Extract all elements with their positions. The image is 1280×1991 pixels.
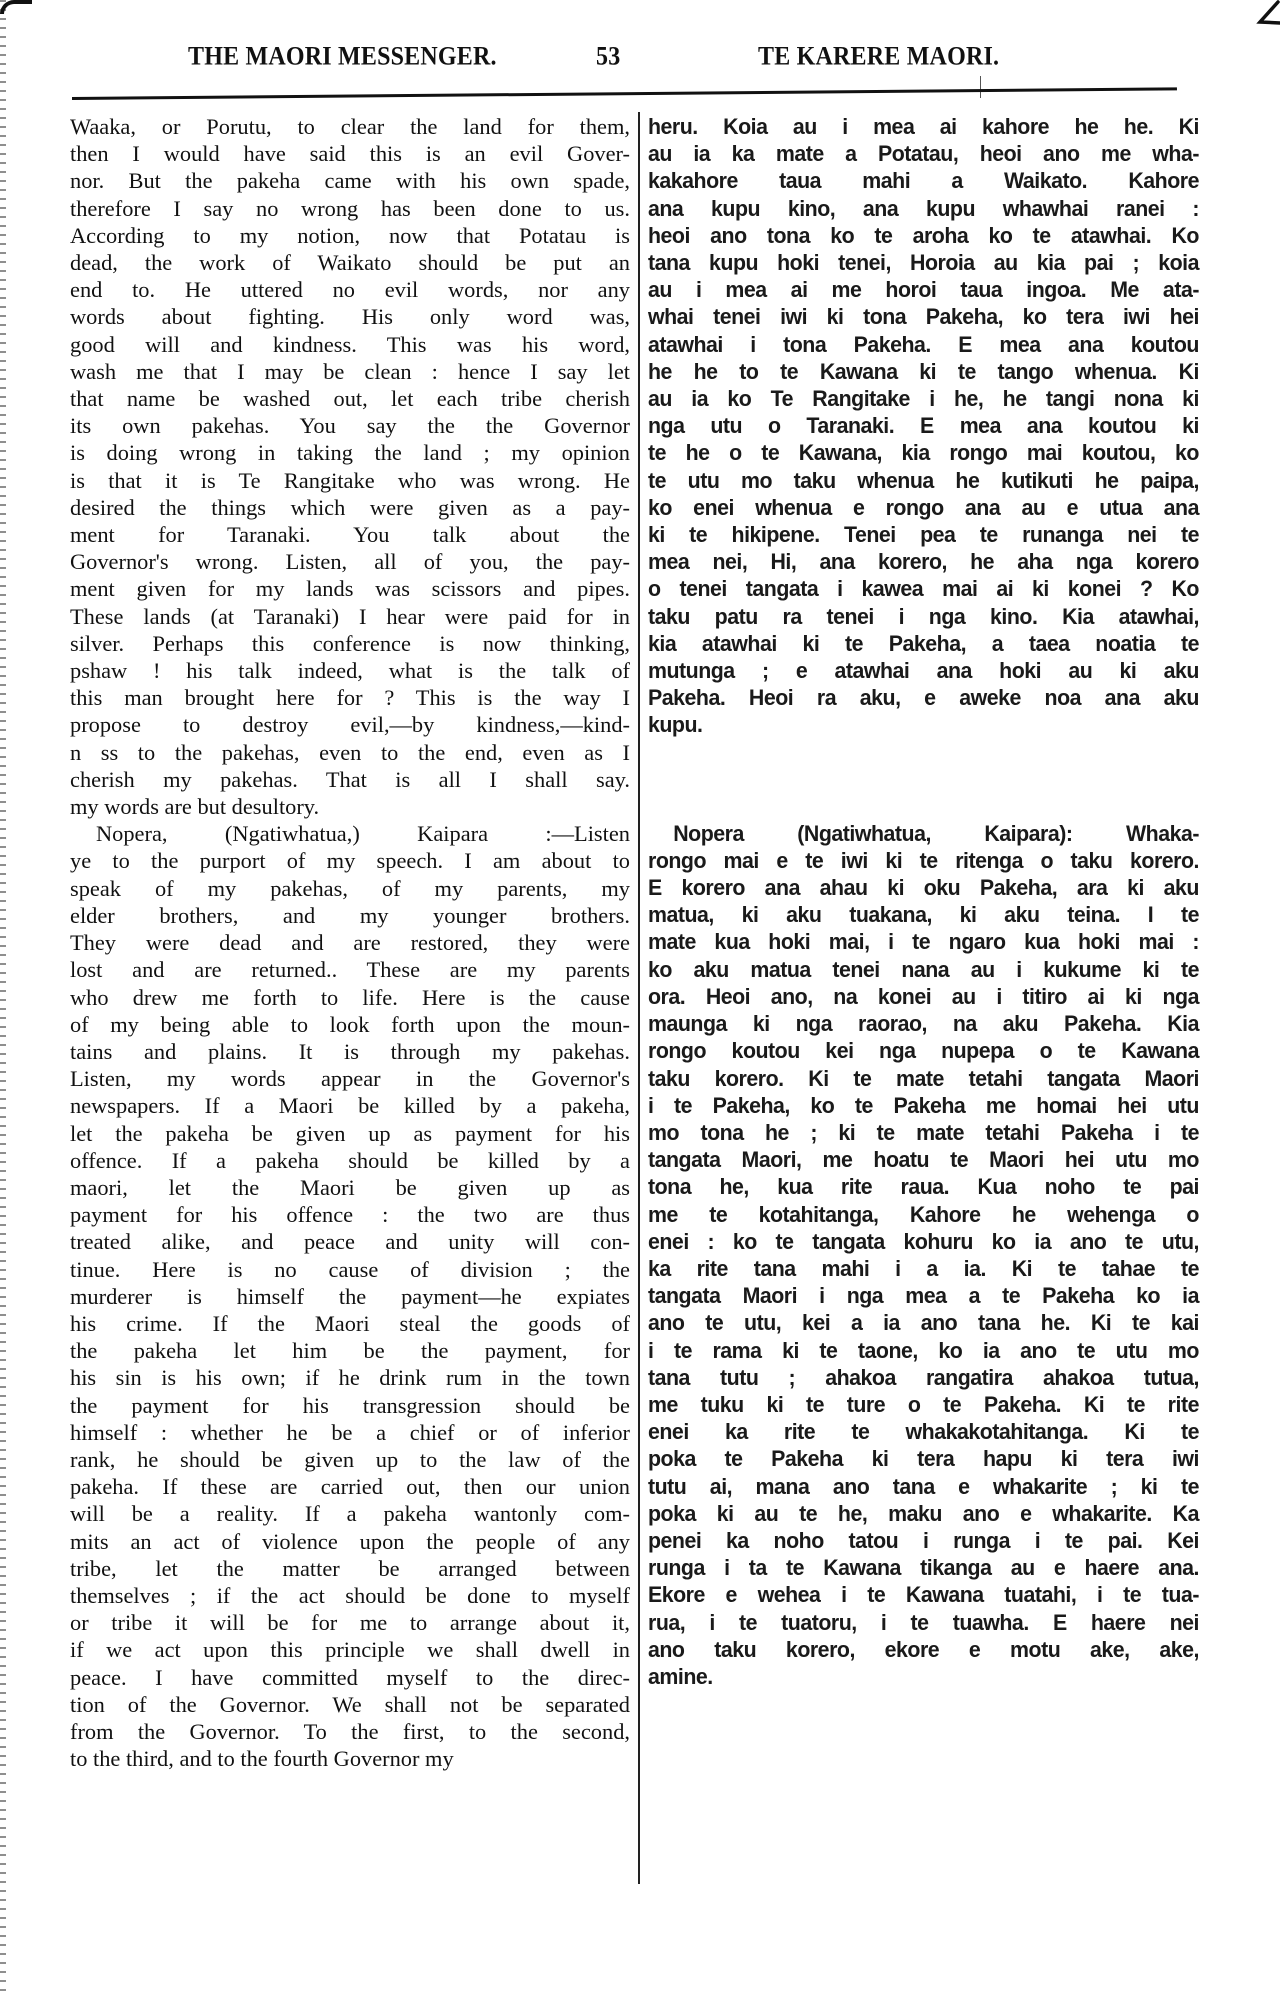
- text-line: kakahore taua mahi a Waikato. Kahore: [648, 167, 1199, 194]
- text-line: me te kotahitanga, Kahore he wehenga o: [648, 1201, 1199, 1228]
- text-line: offence. If a pakeha should be killed by…: [70, 1147, 630, 1174]
- text-line: words about fighting. His only word was,: [70, 303, 630, 330]
- text-line: au ia ka mate a Potatau, heoi ano me wha…: [648, 140, 1199, 167]
- text-line: cherish my pakehas. That is all I shall …: [70, 766, 630, 793]
- text-line: to the third, and to the fourth Governor…: [70, 1745, 630, 1772]
- text-line: dead, the work of Waikato should be put …: [70, 249, 630, 276]
- text-line: tangata Maori, me hoatu te Maori hei utu…: [648, 1146, 1199, 1173]
- text-line: kupu.: [648, 711, 1199, 738]
- text-line: this man brought here for ? This is the …: [70, 684, 630, 711]
- text-line: ko enei whenua e rongo ana au e utua ana: [648, 494, 1199, 521]
- page-binding-edge: [0, 0, 6, 1991]
- text-line: or tribe it will be for me to arrange ab…: [70, 1609, 630, 1636]
- text-line: tribe, let the matter be arranged betwee…: [70, 1555, 630, 1582]
- text-line: au ia ko Te Rangitake i he, he tangi non…: [648, 385, 1199, 412]
- maori-column: heru. Koia au i mea ai kahore he he. Kia…: [648, 113, 1199, 1690]
- text-line: desired the things which were given as a…: [70, 494, 630, 521]
- text-line: i te Pakeha, ko te Pakeha me homai hei u…: [648, 1092, 1199, 1119]
- text-line: tangata Maori i nga mea a te Pakeha ko i…: [648, 1282, 1199, 1309]
- text-line: whai tenei iwi ki tona Pakeha, ko tera i…: [648, 303, 1199, 330]
- text-line: tinue. Here is no cause of division ; th…: [70, 1256, 630, 1283]
- text-line: ka rite tana mahi i a ia. Ki te tahae te: [648, 1255, 1199, 1282]
- text-line: will be a reality. If a pakeha wantonly …: [70, 1500, 630, 1527]
- text-line: i te rama ki te taone, ko ia ano te utu …: [648, 1337, 1199, 1364]
- text-line: taku patu ra tenei i nga kino. Kia atawh…: [648, 603, 1199, 630]
- text-line: payment for his offence : the two are th…: [70, 1201, 630, 1228]
- text-line: ano taku korero, ekore e motu ake, ake,: [648, 1636, 1199, 1663]
- text-line: ana kupu kino, ana kupu whawhai ranei :: [648, 195, 1199, 222]
- text-line: tains and plains. It is through my pakeh…: [70, 1038, 630, 1065]
- text-line: Governor's wrong. Listen, all of you, th…: [70, 548, 630, 575]
- text-line: ko aku matua tenei nana au i kukume ki t…: [648, 956, 1199, 983]
- text-line: newspapers. If a Maori be killed by a pa…: [70, 1092, 630, 1119]
- text-line: Pakeha. Heoi ra aku, e aweke noa ana aku: [648, 684, 1199, 711]
- page-header: THE MAORI MESSENGER. 53 TE KARERE MAORI.: [178, 43, 1118, 78]
- text-line: his crime. If the Maori steal the goods …: [70, 1310, 630, 1337]
- text-line: therefore I say no wrong has been done t…: [70, 195, 630, 222]
- text-line: E korero ana ahau ki oku Pakeha, ara ki …: [648, 874, 1199, 901]
- text-line: murderer is himself the payment—he expia…: [70, 1283, 630, 1310]
- text-line: n ss to the pakehas, even to the end, ev…: [70, 739, 630, 766]
- text-line: Nopera, (Ngatiwhatua,) Kaipara :—Listen: [70, 820, 630, 847]
- text-line: elder brothers, and my younger brothers.: [70, 902, 630, 929]
- text-line: tana kupu hoki tenei, Horoia au kia pai …: [648, 249, 1199, 276]
- text-line: Nopera (Ngatiwhatua, Kaipara): Whaka-: [648, 820, 1199, 847]
- header-maori-title: TE KARERE MAORI.: [758, 43, 999, 72]
- english-paragraph-2: Nopera, (Ngatiwhatua,) Kaipara :—Listeny…: [70, 820, 630, 1772]
- text-line: amine.: [648, 1663, 1199, 1690]
- text-line: nor. But the pakeha came with his own sp…: [70, 167, 630, 194]
- text-line: te he o te Kawana, kia rongo mai koutou,…: [648, 439, 1199, 466]
- text-line: is doing wrong in taking the land ; my o…: [70, 439, 630, 466]
- text-line: themselves ; if the act should be done t…: [70, 1582, 630, 1609]
- text-line: he he to te Kawana ki te tango whenua. K…: [648, 358, 1199, 385]
- text-line: propose to destroy evil,—by kindness,—ki…: [70, 711, 630, 738]
- english-column: Waaka, or Porutu, to clear the land for …: [70, 113, 630, 1772]
- text-line: mea nei, Hi, ana korero, he aha nga kore…: [648, 548, 1199, 575]
- text-line: that name be washed out, let each tribe …: [70, 385, 630, 412]
- text-line: my words are but desultory.: [70, 793, 630, 820]
- text-line: me tuku ki te ture o te Pakeha. Ki te ri…: [648, 1391, 1199, 1418]
- text-line: is that it is Te Rangitake who was wrong…: [70, 467, 630, 494]
- text-line: heoi ano tona ko te aroha ko te atawhai.…: [648, 222, 1199, 249]
- text-line: the payment for his transgression should…: [70, 1392, 630, 1419]
- english-paragraph-1: Waaka, or Porutu, to clear the land for …: [70, 113, 630, 820]
- text-line: matua, ki aku tuakana, ki aku teina. I t…: [648, 901, 1199, 928]
- text-line: let the pakeha be given up as payment fo…: [70, 1120, 630, 1147]
- text-line: poka te Pakeha ki tera hapu ki tera iwi: [648, 1445, 1199, 1472]
- header-rule: [72, 87, 1177, 100]
- text-line: Listen, my words appear in the Governor'…: [70, 1065, 630, 1092]
- text-line: mo tona he ; ki te mate tetahi Pakeha i …: [648, 1119, 1199, 1146]
- text-line: mits an act of violence upon the people …: [70, 1528, 630, 1555]
- text-line: kia atawhai ki te Pakeha, a taea noatia …: [648, 630, 1199, 657]
- text-line: its own pakehas. You say the the Governo…: [70, 412, 630, 439]
- text-line: ye to the purport of my speech. I am abo…: [70, 847, 630, 874]
- text-line: mate kua hoki mai, i te ngaro kua hoki m…: [648, 928, 1199, 955]
- text-line: lost and are returned.. These are my par…: [70, 956, 630, 983]
- text-line: tona he, kua rite raua. Kua noho te pai: [648, 1173, 1199, 1200]
- text-line: enei ka rite te whakakotahitanga. Ki te: [648, 1418, 1199, 1445]
- text-line: silver. Perhaps this conference is now t…: [70, 630, 630, 657]
- text-line: pakeha. If these are carried out, then o…: [70, 1473, 630, 1500]
- page-number: 53: [596, 43, 620, 72]
- text-line: rank, he should be given up to the law o…: [70, 1446, 630, 1473]
- text-line: These lands (at Taranaki) I hear were pa…: [70, 603, 630, 630]
- text-line: himself : whether he be a chief or of in…: [70, 1419, 630, 1446]
- text-line: enei : ko te tangata kohuru ko ia ano te…: [648, 1228, 1199, 1255]
- text-line: treated alike, and peace and unity will …: [70, 1228, 630, 1255]
- text-line: tana tutu ; ahakoa rangatira ahakoa tutu…: [648, 1364, 1199, 1391]
- maori-paragraph-2: Nopera (Ngatiwhatua, Kaipara): Whaka-ron…: [648, 820, 1199, 1691]
- text-line: end to. He uttered no evil words, nor an…: [70, 276, 630, 303]
- text-line: good will and kindness. This was his wor…: [70, 331, 630, 358]
- text-line: au i mea ai me horoi taua ingoa. Me ata-: [648, 276, 1199, 303]
- text-line: then I would have said this is an evil G…: [70, 140, 630, 167]
- text-line: taku korero. Ki te mate tetahi tangata M…: [648, 1065, 1199, 1092]
- text-line: speak of my pakehas, of my parents, my: [70, 875, 630, 902]
- text-line: pshaw ! his talk indeed, what is the tal…: [70, 657, 630, 684]
- header-tick-mark: [980, 76, 981, 98]
- text-line: tutu ai, mana ano tana e whakarite ; ki …: [648, 1473, 1199, 1500]
- text-line: o tenei tangata i kawea mai ai ki konei …: [648, 575, 1199, 602]
- text-line: maori, let the Maori be given up as: [70, 1174, 630, 1201]
- text-line: ment for Taranaki. You talk about the: [70, 521, 630, 548]
- text-line: penei ka noho tatou i runga i te pai. Ke…: [648, 1527, 1199, 1554]
- text-line: ora. Heoi ano, na konei au i titiro ai k…: [648, 983, 1199, 1010]
- text-line: rongo mai e te iwi ki te ritenga o taku …: [648, 847, 1199, 874]
- text-line: Waaka, or Porutu, to clear the land for …: [70, 113, 630, 140]
- column-divider: [638, 112, 640, 1884]
- text-line: wash me that I may be clean : hence I sa…: [70, 358, 630, 385]
- text-line: ano te utu, kei a ia ano tana he. Ki te …: [648, 1309, 1199, 1336]
- text-line: tion of the Governor. We shall not be se…: [70, 1691, 630, 1718]
- text-line: According to my notion, now that Potatau…: [70, 222, 630, 249]
- text-line: his sin is his own; if he drink rum in t…: [70, 1364, 630, 1391]
- text-line: They were dead and are restored, they we…: [70, 929, 630, 956]
- text-line: ki te hikipene. Tenei pea te runanga nei…: [648, 521, 1199, 548]
- text-line: peace. I have committed myself to the di…: [70, 1664, 630, 1691]
- text-line: poka ki au te he, maku ano e whakarite. …: [648, 1500, 1199, 1527]
- text-line: rua, i te tuatoru, i te tuawha. E haere …: [648, 1609, 1199, 1636]
- handwritten-mark-icon: [1250, 0, 1280, 28]
- maori-paragraph-1: heru. Koia au i mea ai kahore he he. Kia…: [648, 113, 1199, 739]
- text-line: atawhai i tona Pakeha. E mea ana koutou: [648, 331, 1199, 358]
- header-english-title: THE MAORI MESSENGER.: [188, 43, 497, 72]
- text-line: from the Governor. To the first, to the …: [70, 1718, 630, 1745]
- text-line: maunga ki nga raorao, na aku Pakeha. Kia: [648, 1010, 1199, 1037]
- text-line: te utu mo taku whenua he kutikuti he pai…: [648, 467, 1199, 494]
- text-line: heru. Koia au i mea ai kahore he he. Ki: [648, 113, 1199, 140]
- text-line: ment given for my lands was scissors and…: [70, 575, 630, 602]
- text-line: rongo koutou kei nga nupepa o te Kawana: [648, 1037, 1199, 1064]
- paragraph-gap: [648, 739, 1199, 820]
- text-line: who drew me forth to life. Here is the c…: [70, 984, 630, 1011]
- text-line: mutunga ; e atawhai ana hoki au ki aku: [648, 657, 1199, 684]
- text-line: the pakeha let him be the payment, for: [70, 1337, 630, 1364]
- text-line: nga utu o Taranaki. E mea ana koutou ki: [648, 412, 1199, 439]
- text-line: if we act upon this principle we shall d…: [70, 1636, 630, 1663]
- page-corner-mark: [0, 0, 32, 14]
- text-line: of my being able to look forth upon the …: [70, 1011, 630, 1038]
- text-line: runga i ta te Kawana tikanga au e haere …: [648, 1554, 1199, 1581]
- text-line: Ekore e wehea i te Kawana tuatahi, i te …: [648, 1581, 1199, 1608]
